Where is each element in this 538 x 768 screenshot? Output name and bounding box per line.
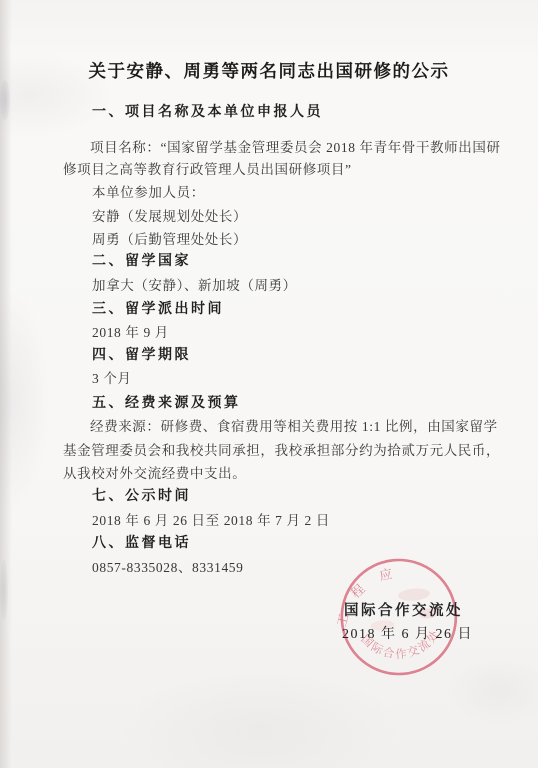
notice-line: 加拿大（安静）、新加坡（周勇） — [92, 274, 297, 294]
signature-date: 2018 年 6 月 26 日 — [342, 623, 473, 643]
section-heading-5: 五、经费来源及预算 — [92, 392, 241, 412]
section-heading-8: 八、监督电话 — [92, 532, 191, 552]
notice-line: 3 个月 — [92, 367, 132, 387]
scan-artifact — [0, 560, 8, 620]
section-heading-4: 四、留学期限 — [92, 344, 191, 364]
scan-artifact — [0, 80, 10, 120]
section-heading-7: 七、公示时间 — [92, 485, 191, 505]
document-title: 关于安静、周勇等两名同志出国研修的公示 — [0, 58, 538, 83]
notice-line: 项目名称：“国家留学基金管理委员会 2018 年青年骨干教师出国研 — [90, 136, 501, 156]
notice-line: 经费来源：研修费、食宿费用等相关费用按 1:1 比例，由国家留学 — [90, 415, 498, 435]
section-heading-1: 一、项目名称及本单位申报人员 — [92, 101, 323, 121]
notice-line: 2018 年 6 月 26 日至 2018 年 7 月 2 日 — [92, 509, 330, 529]
phone-numbers: 0857-8335028、8331459 — [92, 556, 244, 576]
notice-line: 周勇（后勤管理处处长） — [92, 228, 247, 248]
notice-line: 基金管理委员会和我校共同承担，我校承担部分约为拾贰万元人民币， — [63, 439, 500, 459]
notice-line: 从我校对外交流经费中支出。 — [63, 462, 246, 482]
notice-line: 修项目之高等教育行政管理人员出国研修项目” — [63, 158, 352, 178]
signature-office: 国际合作交流处 — [344, 599, 463, 620]
section-heading-2: 二、留学国家 — [92, 250, 191, 270]
scanned-notice-page: 关于安静、周勇等两名同志出国研修的公示 一、项目名称及本单位申报人员 项目名称：… — [0, 0, 538, 768]
notice-line: 本单位参加人员： — [92, 181, 205, 201]
notice-line: 2018 年 9 月 — [92, 321, 169, 341]
notice-line: 安静（发展规划处处长） — [92, 205, 247, 225]
section-heading-3: 三、留学派出时间 — [92, 298, 224, 318]
